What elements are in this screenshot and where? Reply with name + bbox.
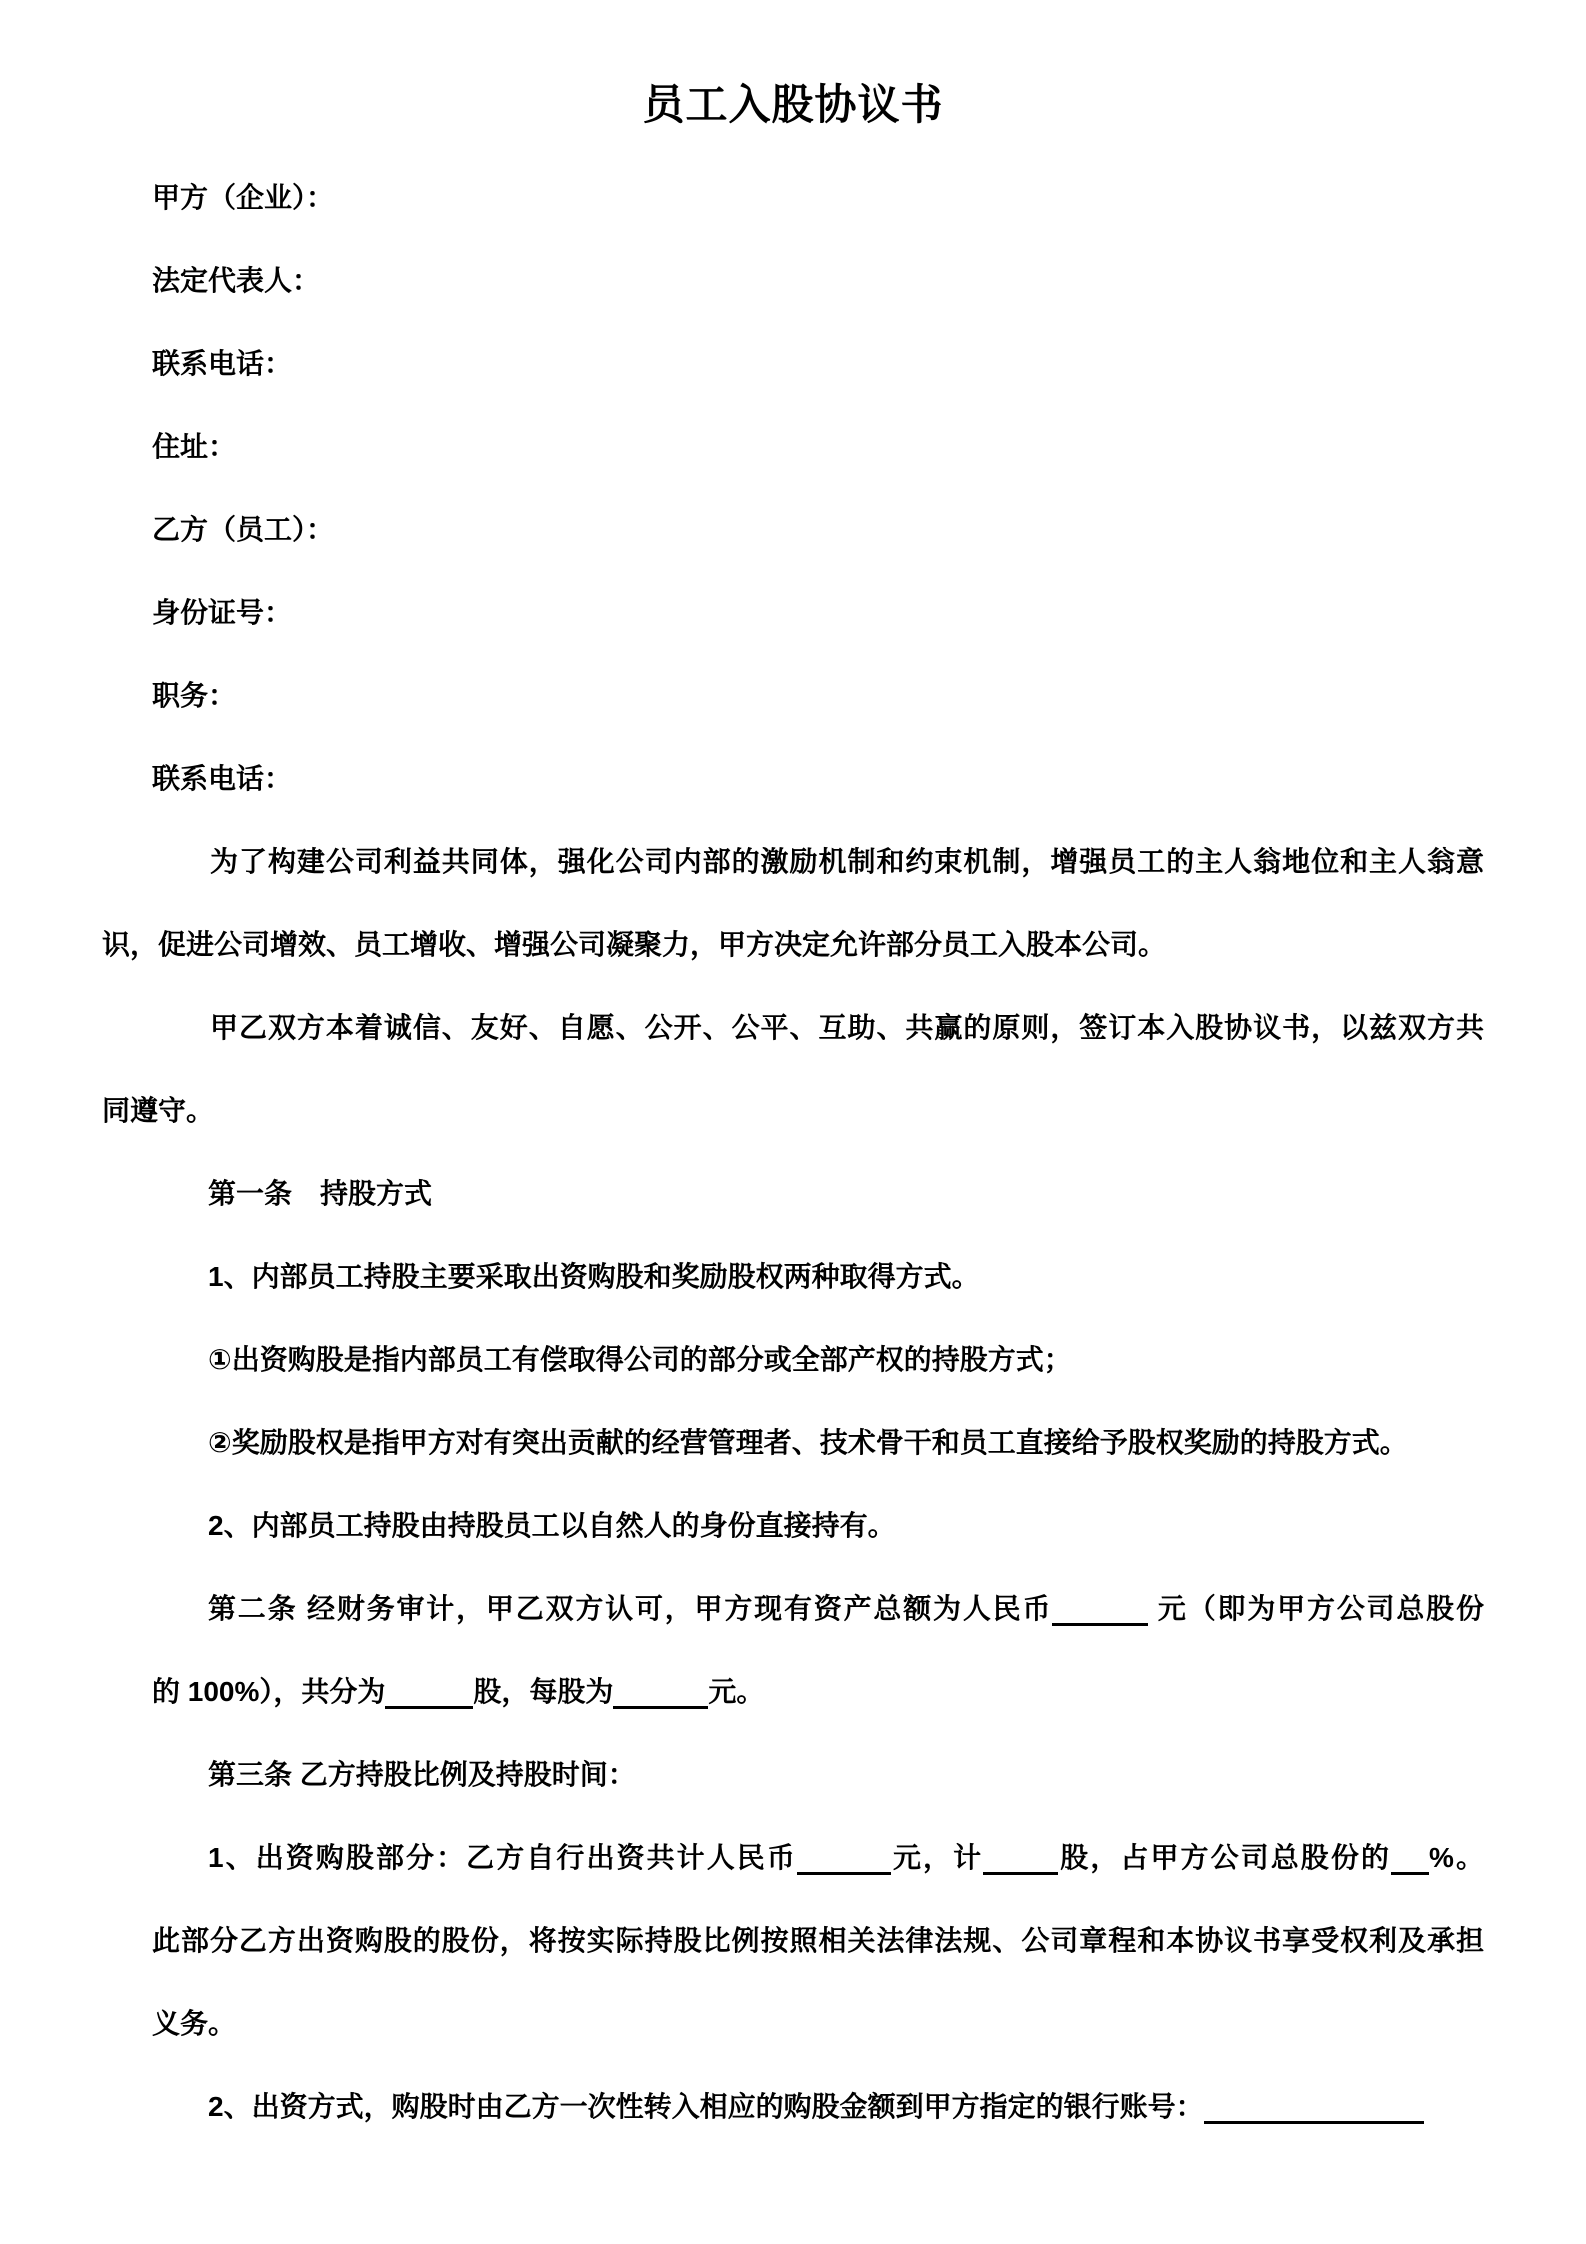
text-line: 义务。 xyxy=(102,1982,1484,2065)
text-segment: 为了构建公司利益共同体，强化公司内部的激励机制和约束机制，增强员工的主人翁地位和… xyxy=(210,846,1484,877)
text-segment: 元，计 xyxy=(891,1842,983,1873)
document-title: 员工入股协议书 xyxy=(102,62,1484,148)
text-line: 1、内部员工持股主要采取出资购股和奖励股权两种取得方式。 xyxy=(102,1235,1484,1318)
text-segment: 的 100%），共分为 xyxy=(152,1676,385,1707)
paragraph: 2、出资方式，购股时由乙方一次性转入相应的购股金额到甲方指定的银行账号： xyxy=(102,2065,1484,2148)
text-segment: 元。 xyxy=(708,1676,764,1707)
text-line: 识，促进公司增效、员工增收、增强公司凝聚力，甲方决定允许部分员工入股本公司。 xyxy=(102,903,1484,986)
paragraph: 第二条 经财务审计，甲乙双方认可，甲方现有资产总额为人民币 元（即为甲方公司总股… xyxy=(102,1567,1484,1733)
text-segment: 义务。 xyxy=(152,2008,236,2039)
party-fields: 甲方（企业）：法定代表人：联系电话：住址：乙方（员工）：身份证号：职务：联系电话… xyxy=(102,156,1484,820)
text-segment: ①出资购股是指内部员工有偿取得公司的部分或全部产权的持股方式； xyxy=(208,1344,1072,1375)
field-label: 联系电话： xyxy=(102,737,1484,820)
field-label: 联系电话： xyxy=(102,322,1484,405)
fill-in-blank xyxy=(983,1862,1058,1875)
paragraph: ①出资购股是指内部员工有偿取得公司的部分或全部产权的持股方式； xyxy=(102,1318,1484,1401)
document-body: 为了构建公司利益共同体，强化公司内部的激励机制和约束机制，增强员工的主人翁地位和… xyxy=(102,820,1484,2148)
contract-document: 员工入股协议书 甲方（企业）：法定代表人：联系电话：住址：乙方（员工）：身份证号… xyxy=(0,0,1586,2148)
text-line: 2、内部员工持股由持股员工以自然人的身份直接持有。 xyxy=(102,1484,1484,1567)
text-line: 1、出资购股部分：乙方自行出资共计人民币元，计股，占甲方公司总股份的%。 xyxy=(102,1816,1484,1899)
field-label: 甲方（企业）： xyxy=(102,156,1484,239)
fill-in-blank xyxy=(385,1696,473,1709)
paragraph: 1、出资购股部分：乙方自行出资共计人民币元，计股，占甲方公司总股份的%。此部分乙… xyxy=(102,1816,1484,2065)
text-segment: 股，每股为 xyxy=(473,1676,613,1707)
text-segment: 第二条 经财务审计，甲乙双方认可，甲方现有资产总额为人民币 xyxy=(208,1593,1052,1624)
field-label: 乙方（员工）： xyxy=(102,488,1484,571)
fill-in-blank xyxy=(1204,2111,1424,2124)
text-segment: 1、出资购股部分：乙方自行出资共计人民币 xyxy=(208,1842,797,1873)
field-label: 职务： xyxy=(102,654,1484,737)
text-segment: 同遵守。 xyxy=(102,1095,214,1126)
text-segment: 2、出资方式，购股时由乙方一次性转入相应的购股金额到甲方指定的银行账号： xyxy=(208,2091,1204,2122)
paragraph: 为了构建公司利益共同体，强化公司内部的激励机制和约束机制，增强员工的主人翁地位和… xyxy=(102,820,1484,986)
paragraph: 第三条 乙方持股比例及持股时间： xyxy=(102,1733,1484,1816)
field-label: 住址： xyxy=(102,405,1484,488)
text-segment: 元（即为甲方公司总股份 xyxy=(1148,1593,1484,1624)
paragraph: 第一条 持股方式 xyxy=(102,1152,1484,1235)
fill-in-blank xyxy=(1391,1862,1429,1875)
paragraph: 甲乙双方本着诚信、友好、自愿、公开、公平、互助、共赢的原则，签订本入股协议书，以… xyxy=(102,986,1484,1152)
text-line: 第三条 乙方持股比例及持股时间： xyxy=(102,1733,1484,1816)
paragraph: 1、内部员工持股主要采取出资购股和奖励股权两种取得方式。 xyxy=(102,1235,1484,1318)
text-line: 同遵守。 xyxy=(102,1069,1484,1152)
text-line: 此部分乙方出资购股的股份，将按实际持股比例按照相关法律法规、公司章程和本协议书享… xyxy=(102,1899,1484,1982)
text-segment: ②奖励股权是指甲方对有突出贡献的经营管理者、技术骨干和员工直接给予股权奖励的持股… xyxy=(208,1427,1408,1458)
paragraph: ②奖励股权是指甲方对有突出贡献的经营管理者、技术骨干和员工直接给予股权奖励的持股… xyxy=(102,1401,1484,1484)
text-segment: 1、内部员工持股主要采取出资购股和奖励股权两种取得方式。 xyxy=(208,1261,980,1292)
text-segment: 股，占甲方公司总股份的 xyxy=(1058,1842,1391,1873)
text-segment: 识，促进公司增效、员工增收、增强公司凝聚力，甲方决定允许部分员工入股本公司。 xyxy=(102,929,1166,960)
text-line: 甲乙双方本着诚信、友好、自愿、公开、公平、互助、共赢的原则，签订本入股协议书，以… xyxy=(102,986,1484,1069)
text-line: 的 100%），共分为股，每股为元。 xyxy=(102,1650,1484,1733)
fill-in-blank xyxy=(1052,1613,1148,1626)
fill-in-blank xyxy=(613,1696,708,1709)
text-line: 第二条 经财务审计，甲乙双方认可，甲方现有资产总额为人民币 元（即为甲方公司总股… xyxy=(102,1567,1484,1650)
text-segment: 此部分乙方出资购股的股份，将按实际持股比例按照相关法律法规、公司章程和本协议书享… xyxy=(152,1925,1484,1956)
text-segment: 第一条 持股方式 xyxy=(208,1178,432,1209)
text-line: ②奖励股权是指甲方对有突出贡献的经营管理者、技术骨干和员工直接给予股权奖励的持股… xyxy=(102,1401,1484,1484)
text-line: ①出资购股是指内部员工有偿取得公司的部分或全部产权的持股方式； xyxy=(102,1318,1484,1401)
title-gap xyxy=(102,148,1484,156)
text-line: 为了构建公司利益共同体，强化公司内部的激励机制和约束机制，增强员工的主人翁地位和… xyxy=(102,820,1484,903)
field-label: 身份证号： xyxy=(102,571,1484,654)
text-segment: %。 xyxy=(1429,1842,1484,1873)
text-line: 第一条 持股方式 xyxy=(102,1152,1484,1235)
text-segment: 2、内部员工持股由持股员工以自然人的身份直接持有。 xyxy=(208,1510,896,1541)
fill-in-blank xyxy=(797,1862,891,1875)
paragraph: 2、内部员工持股由持股员工以自然人的身份直接持有。 xyxy=(102,1484,1484,1567)
text-line: 2、出资方式，购股时由乙方一次性转入相应的购股金额到甲方指定的银行账号： xyxy=(102,2065,1484,2148)
text-segment: 甲乙双方本着诚信、友好、自愿、公开、公平、互助、共赢的原则，签订本入股协议书，以… xyxy=(210,1012,1484,1043)
field-label: 法定代表人： xyxy=(102,239,1484,322)
text-segment: 第三条 乙方持股比例及持股时间： xyxy=(208,1759,636,1790)
